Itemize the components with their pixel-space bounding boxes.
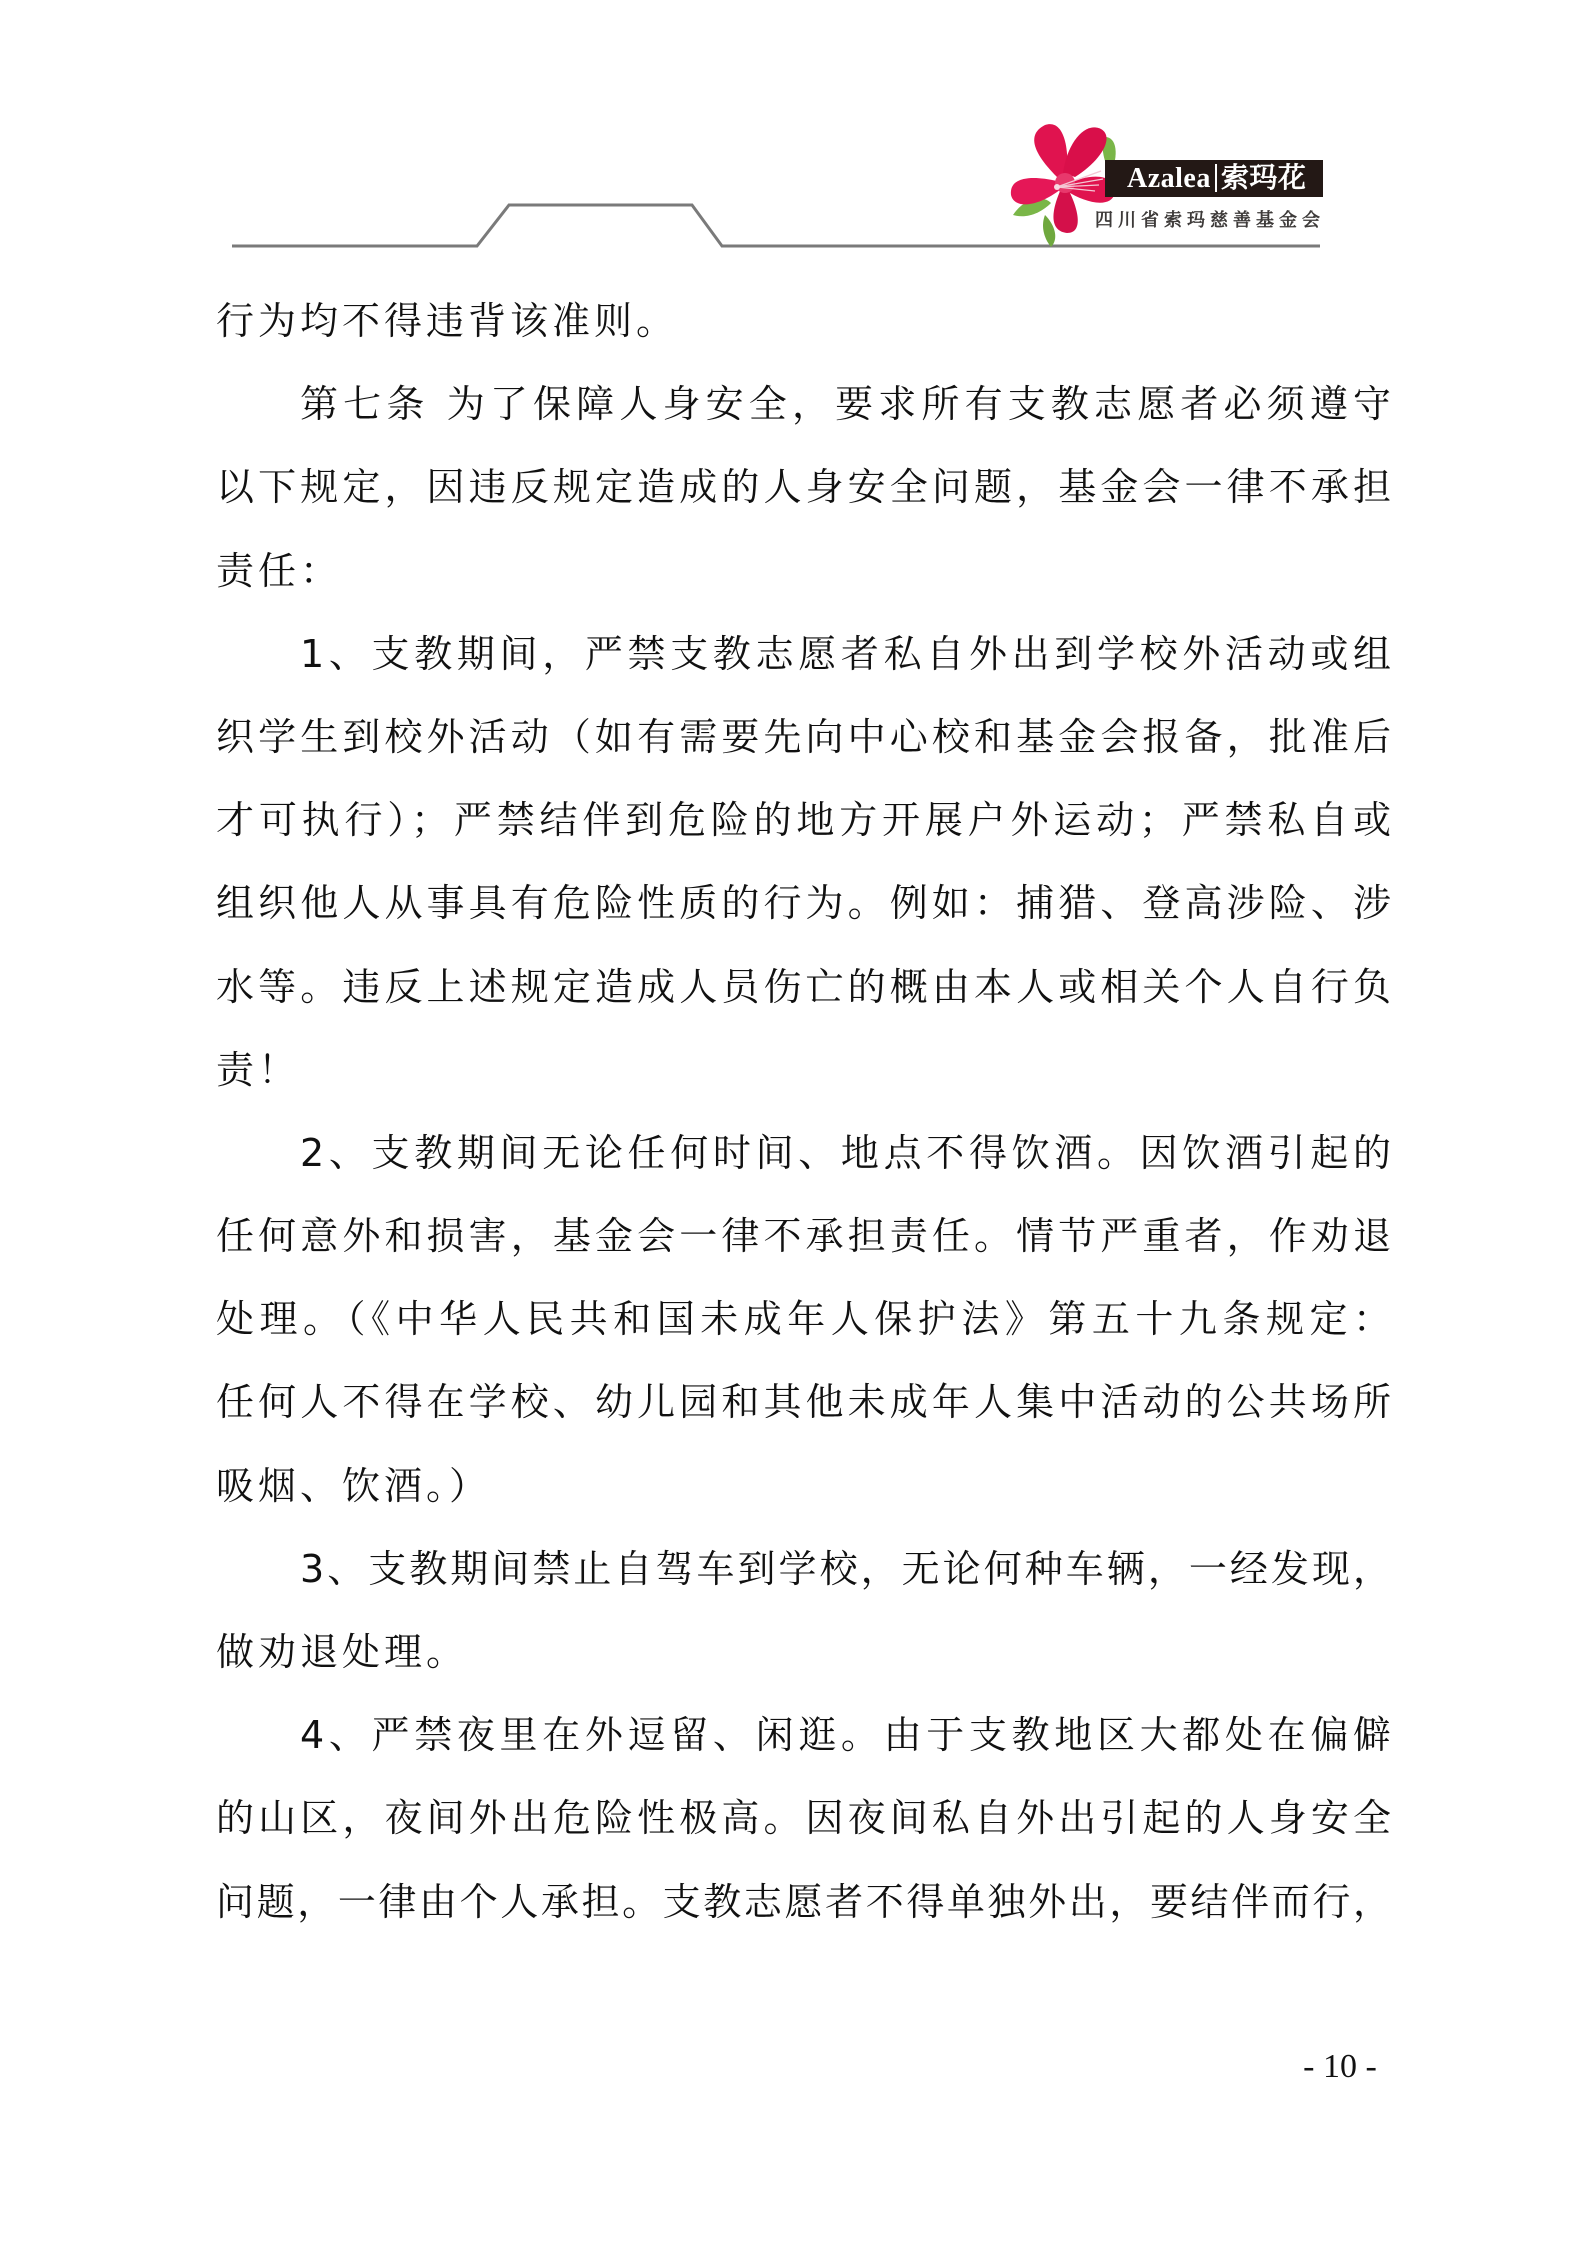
text-line: 1、支教期间，严禁支教志愿者私自外出到学校外活动或组: [216, 629, 1391, 712]
text-line: 做劝退处理。: [216, 1627, 1391, 1710]
text-line: 第七条 为了保障人身安全，要求所有支教志愿者必须遵守: [216, 379, 1391, 462]
foundation-logo: Azalea索玛花 四川省索玛慈善基金会: [1005, 115, 1325, 250]
brand-english: Azalea: [1127, 163, 1211, 194]
page-number: - 10 -: [1290, 2048, 1390, 2086]
document-body: 行为均不得违背该准则。第七条 为了保障人身安全，要求所有支教志愿者必须遵守以下规…: [216, 296, 1391, 1960]
brand-chinese: 索玛花: [1221, 163, 1307, 194]
text-line: 处理。（《中华人民共和国未成年人保护法》第五十九条规定：: [216, 1294, 1391, 1377]
text-line: 任何人不得在学校、幼儿园和其他未成年人集中活动的公共场所: [216, 1377, 1391, 1460]
text-line: 责任：: [216, 546, 1391, 629]
text-line: 2、支教期间无论任何时间、地点不得饮酒。因饮酒引起的: [216, 1128, 1391, 1211]
text-line: 以下规定，因违反规定造成的人身安全问题，基金会一律不承担: [216, 462, 1391, 545]
text-line: 水等。违反上述规定造成人员伤亡的概由本人或相关个人自行负: [216, 962, 1391, 1045]
brand-separator: [1215, 164, 1217, 192]
document-page: Azalea索玛花 四川省索玛慈善基金会 行为均不得违背该准则。第七条 为了保障…: [0, 0, 1587, 2245]
text-line: 责！: [216, 1045, 1391, 1128]
organization-name: 四川省索玛慈善基金会: [1095, 206, 1325, 232]
text-line: 才可执行）；严禁结伴到危险的地方开展户外运动；严禁私自或: [216, 795, 1391, 878]
text-line: 3、支教期间禁止自驾车到学校，无论何种车辆，一经发现，: [216, 1544, 1391, 1627]
logo-banner: Azalea索玛花: [1105, 160, 1323, 197]
text-line: 4、严禁夜里在外逗留、闲逛。由于支教地区大都处在偏僻: [216, 1710, 1391, 1793]
text-line: 的山区，夜间外出危险性极高。因夜间私自外出引起的人身安全: [216, 1793, 1391, 1876]
text-line: 行为均不得违背该准则。: [216, 296, 1391, 379]
text-line: 吸烟、饮酒。）: [216, 1461, 1391, 1544]
text-line: 问题，一律由个人承担。支教志愿者不得单独外出，要结伴而行，: [216, 1877, 1391, 1960]
text-line: 任何意外和损害，基金会一律不承担责任。情节严重者，作劝退: [216, 1211, 1391, 1294]
text-line: 织学生到校外活动（如有需要先向中心校和基金会报备，批准后: [216, 712, 1391, 795]
text-line: 组织他人从事具有危险性质的行为。例如：捕猎、登高涉险、涉: [216, 878, 1391, 961]
header-rule: [0, 0, 1587, 260]
